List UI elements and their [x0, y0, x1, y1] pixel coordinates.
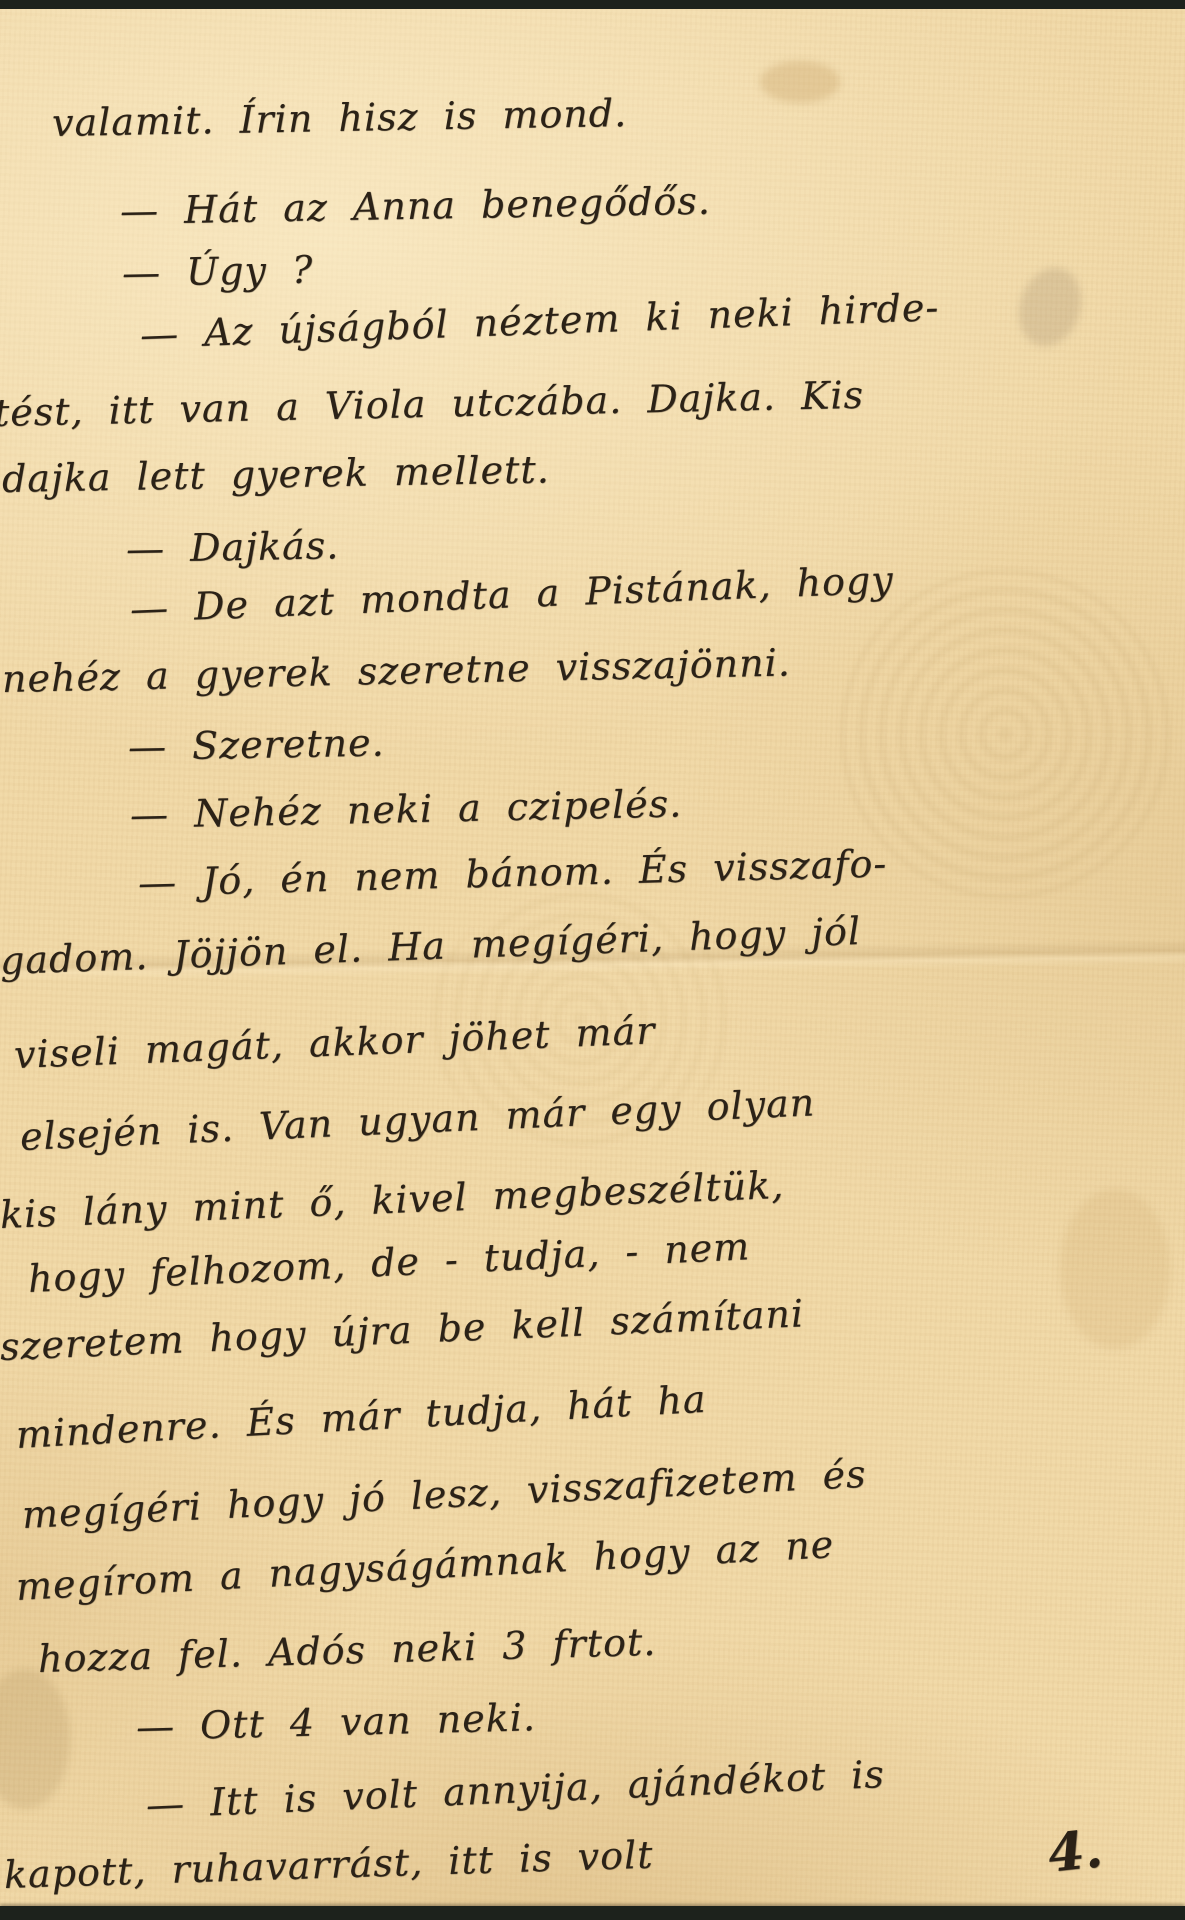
paper-sheet: valamit. Írin hisz is mond.— Hát az Anna… [0, 9, 1185, 1906]
manuscript-line: szeretem hogy újra be kell számítani [0, 1291, 805, 1369]
manuscript-line: gadom. Jöjjön el. Ha megígéri, hogy jól [0, 909, 862, 983]
manuscript-line: tést, itt van a Viola utczába. Dajka. Ki… [0, 373, 864, 435]
manuscript-line: — Jó, én nem bánom. És visszafo- [137, 841, 887, 905]
manuscript-line: — Itt is volt annyija, ajándékot is [145, 1752, 886, 1827]
manuscript-line: — Nehéz neki a czipelés. [130, 781, 683, 837]
manuscript-line: — Szeretne. [128, 721, 385, 769]
scan-edge-bottom [0, 1906, 1185, 1920]
manuscript-line: — Az újságból néztem ki neki hirde- [139, 285, 940, 357]
manuscript-line: megírom a nagyságámnak hogy az ne [15, 1522, 835, 1609]
manuscript-line: — Dajkás. [126, 523, 340, 571]
manuscript-line: megígéri hogy jó lesz, visszafizetem és [21, 1452, 868, 1537]
manuscript-line: kis lány mint ő, kivel megbeszéltük, [0, 1163, 785, 1237]
manuscript-line: — Úgy ? [122, 248, 314, 295]
manuscript-line: nehéz a gyerek szeretne visszajönni. [2, 640, 792, 701]
manuscript-line: dajka lett gyerek mellett. [2, 447, 550, 501]
scanned-letter-page: valamit. Írin hisz is mond.— Hát az Anna… [0, 0, 1185, 1920]
manuscript-line: valamit. Írin hisz is mond. [52, 91, 628, 145]
manuscript-line: — Hát az Anna benegődős. [120, 179, 712, 233]
manuscript-line: — Ott 4 van neki. [135, 1695, 536, 1749]
scan-edge-top [0, 0, 1185, 9]
manuscript-line: elsején is. Van ugyan már egy olyan [19, 1080, 816, 1159]
manuscript-line: kapott, ruhavarrást, itt is volt [3, 1833, 654, 1897]
manuscript-line: hogy felhozom, de - tudja, - nem [27, 1224, 751, 1301]
manuscript-line: viseli magát, akkor jöhet már [13, 1008, 656, 1077]
page-number: 4. [1045, 1818, 1105, 1884]
handwritten-text-block: valamit. Írin hisz is mond.— Hát az Anna… [0, 9, 1185, 1906]
manuscript-line: hozza fel. Adós neki 3 frtot. [37, 1620, 656, 1681]
manuscript-line: mindenre. És már tudja, hát ha [15, 1377, 708, 1457]
